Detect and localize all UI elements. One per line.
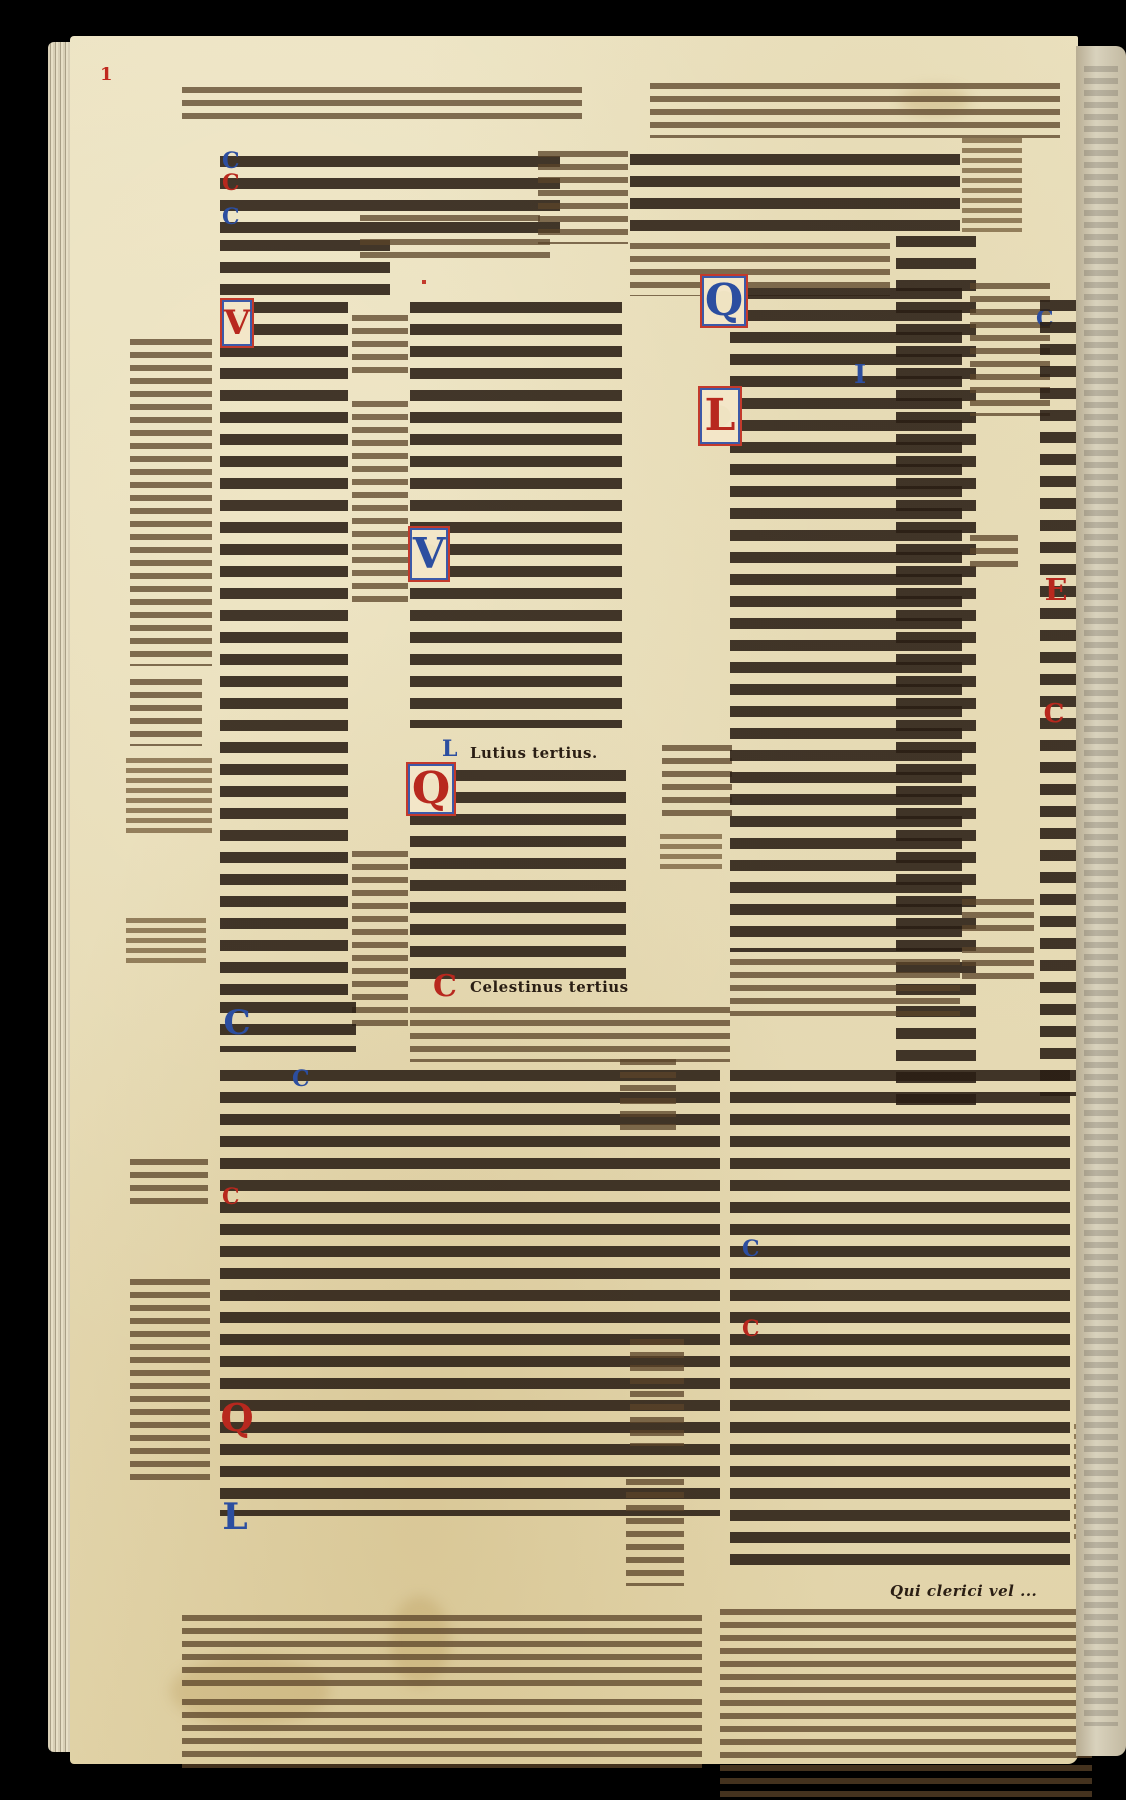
marginal-note <box>126 756 212 836</box>
initial-E-top <box>598 81 628 121</box>
gloss-inner-block <box>620 1056 676 1136</box>
gloss-inner-block <box>662 742 732 822</box>
paragraph-mark: C <box>222 170 240 196</box>
page-fore-edge <box>48 42 70 1752</box>
marginal-note <box>962 136 1022 232</box>
main-text-column <box>410 298 622 728</box>
paragraph-mark: C <box>742 1236 760 1262</box>
gloss-right-block <box>970 532 1018 572</box>
initial-C-celestinus: C <box>430 972 460 1002</box>
initial-V-left: V <box>220 298 254 348</box>
gloss-inner-block <box>352 398 408 608</box>
gloss-inner-block <box>630 1336 684 1446</box>
initial-C-right: C <box>1042 700 1066 728</box>
paragraph-mark: C <box>292 1066 310 1092</box>
main-text-column-narrow <box>220 298 348 998</box>
gloss-line <box>360 212 540 226</box>
main-text-column-narrow <box>1040 296 1078 1096</box>
gloss-right-block <box>970 280 1050 416</box>
rubric-explicit: Qui clerici vel ... <box>890 1582 1037 1600</box>
gloss-inner-block <box>352 312 408 378</box>
marginal-note <box>660 832 722 872</box>
gloss-bottom-left <box>182 1696 702 1768</box>
gloss-left-margin <box>130 676 202 746</box>
initial-Q-mid: Q <box>406 762 456 816</box>
main-text-column <box>730 284 962 952</box>
gloss-bottom-right <box>720 1606 1092 1800</box>
gloss-left-margin <box>130 1156 208 1204</box>
marginal-note <box>126 916 206 966</box>
gloss-left-margin <box>130 1276 210 1486</box>
manuscript-leaf: 1 C C C V <box>70 36 1078 1764</box>
paragraph-mark: C <box>742 1316 760 1342</box>
gloss-block <box>730 956 960 1016</box>
gloss-line <box>360 236 550 262</box>
gloss-inner-block <box>538 148 628 244</box>
gloss-left-margin <box>130 336 212 666</box>
main-text-block <box>630 150 960 238</box>
next-page-edge <box>1076 46 1126 1756</box>
rubric-lutius: Lutius tertius. <box>470 744 598 762</box>
gloss-right-block <box>962 944 1034 984</box>
paragraph-mark: L <box>442 736 457 762</box>
next-page-text-bleed <box>1084 66 1118 1726</box>
initial-Q-top: Q <box>700 274 748 328</box>
main-text-block-lower <box>730 1066 1070 1566</box>
gloss-inner-block <box>626 1476 684 1586</box>
initial-C-lower-left: C <box>222 1006 252 1040</box>
initial-letter: V <box>413 533 446 575</box>
initial-V-center: V <box>408 526 450 582</box>
unused <box>422 280 426 284</box>
paragraph-mark: C <box>222 204 240 230</box>
paragraph-mark: I <box>854 360 866 390</box>
paragraph-mark: C <box>222 1184 240 1210</box>
initial-E-right: E <box>1042 576 1070 606</box>
initial-L-right: L <box>698 386 742 446</box>
gloss-block <box>410 1004 730 1062</box>
folio-mark: 1 <box>100 64 113 85</box>
gloss-bottom-left <box>182 1612 702 1692</box>
gloss-inner-block <box>352 848 408 1028</box>
gloss-header-left <box>182 84 582 126</box>
initial-L-lower: L <box>220 1498 250 1536</box>
manuscript-book: 1 C C C V <box>48 36 1126 1770</box>
rubric-celestinus: Celestinus tertius <box>470 978 629 996</box>
gloss-right-block <box>962 896 1034 936</box>
initial-Q-lower: Q <box>220 1398 254 1438</box>
gloss-header-right <box>650 80 1060 138</box>
